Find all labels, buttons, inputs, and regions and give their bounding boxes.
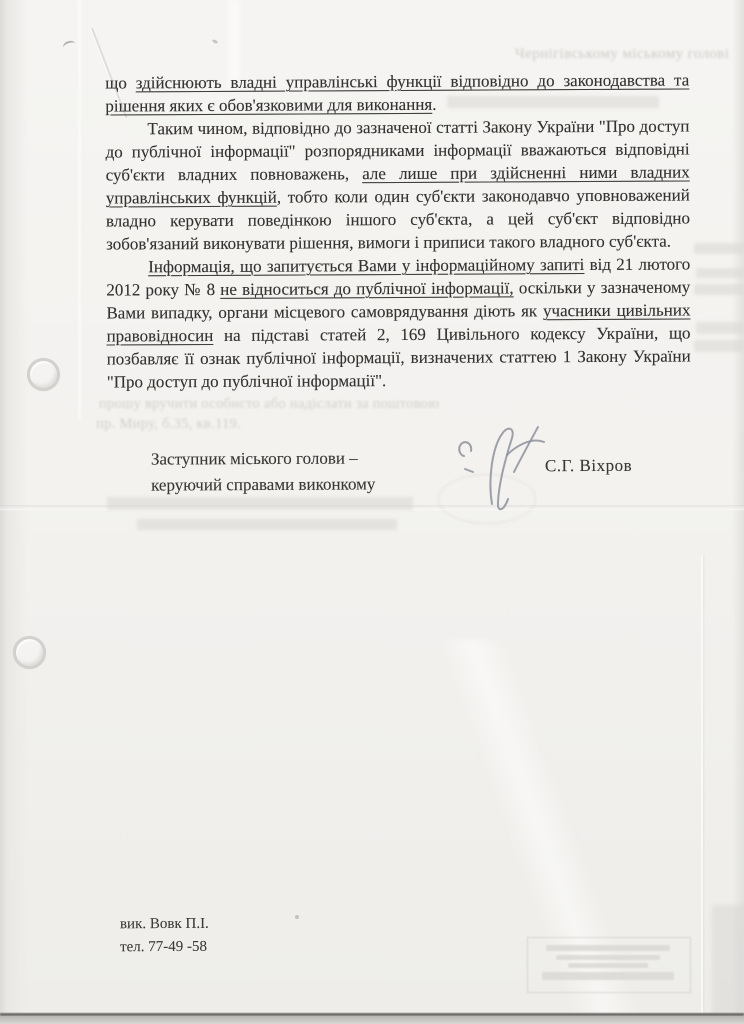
executor-name: вик. Вовк П.І. [120, 913, 209, 936]
signatory-title: Заступник міського голови – керуючий спр… [151, 445, 376, 498]
bleedthrough-request-address: пр. Миру, б.35, кв.119. [96, 416, 241, 433]
left-page-edge-shadow [0, 0, 28, 1024]
scan-speck [62, 39, 77, 53]
scan-bottom-margin [0, 1016, 744, 1024]
text-segment: не відноситься до публічної інформації, [220, 278, 513, 299]
text-segment: Інформація, що запитується Вами у інформ… [148, 255, 584, 276]
scanned-letter-page: Чернігівському міському голові прошу вру… [0, 0, 744, 1024]
bleedthrough-smudge [694, 340, 744, 352]
text-segment: що [105, 73, 136, 92]
scan-bottom-edge-line [0, 1013, 744, 1016]
body-paragraph-2: Таким чином, відповідно до зазначеної ст… [105, 114, 690, 255]
signatory-name: С.Г. Віхров [545, 456, 632, 476]
text-segment: здійснюють владні управлінські функції в… [105, 70, 689, 115]
bleedthrough-stamp-outline [527, 937, 691, 993]
bleedthrough-smudge [137, 519, 397, 530]
signatory-title-line2: керуючий справами виконкому [151, 471, 375, 498]
vertical-crease-highlight [78, 0, 81, 420]
scan-speck [212, 39, 219, 44]
body-paragraph-1: що здійснюють владні управлінські функці… [105, 68, 689, 117]
executor-block: вик. Вовк П.І. тел. 77-49 -58 [120, 913, 209, 959]
vertical-crease-highlight [701, 555, 703, 1013]
handwritten-signature [448, 420, 552, 538]
bleedthrough-smudge [694, 243, 744, 254]
signatory-title-line1: Заступник міського голови – [151, 445, 375, 472]
body-paragraph-3: Інформація, що запитується Вами у інформ… [106, 252, 691, 393]
hole-punch-mark [13, 636, 46, 669]
bleedthrough-smudge [107, 497, 413, 510]
bleedthrough-smudge [696, 322, 744, 334]
hole-punch-mark [27, 358, 60, 391]
executor-phone: тел. 77-49 -58 [120, 936, 209, 959]
right-page-edge-shadow [732, 0, 744, 1024]
bleedthrough-smudge [694, 284, 744, 295]
paper-edge-shading [712, 905, 744, 1017]
text-segment: . [432, 95, 436, 114]
bleedthrough-smudge [696, 268, 744, 278]
letter-body: що здійснюють владні управлінські функці… [105, 68, 691, 393]
bleedthrough-request-line: прошу вручити особисто або надіслати за … [99, 396, 439, 413]
scan-speck [295, 915, 299, 919]
bleedthrough-addressee: Чернігівському міському голові [515, 46, 729, 63]
